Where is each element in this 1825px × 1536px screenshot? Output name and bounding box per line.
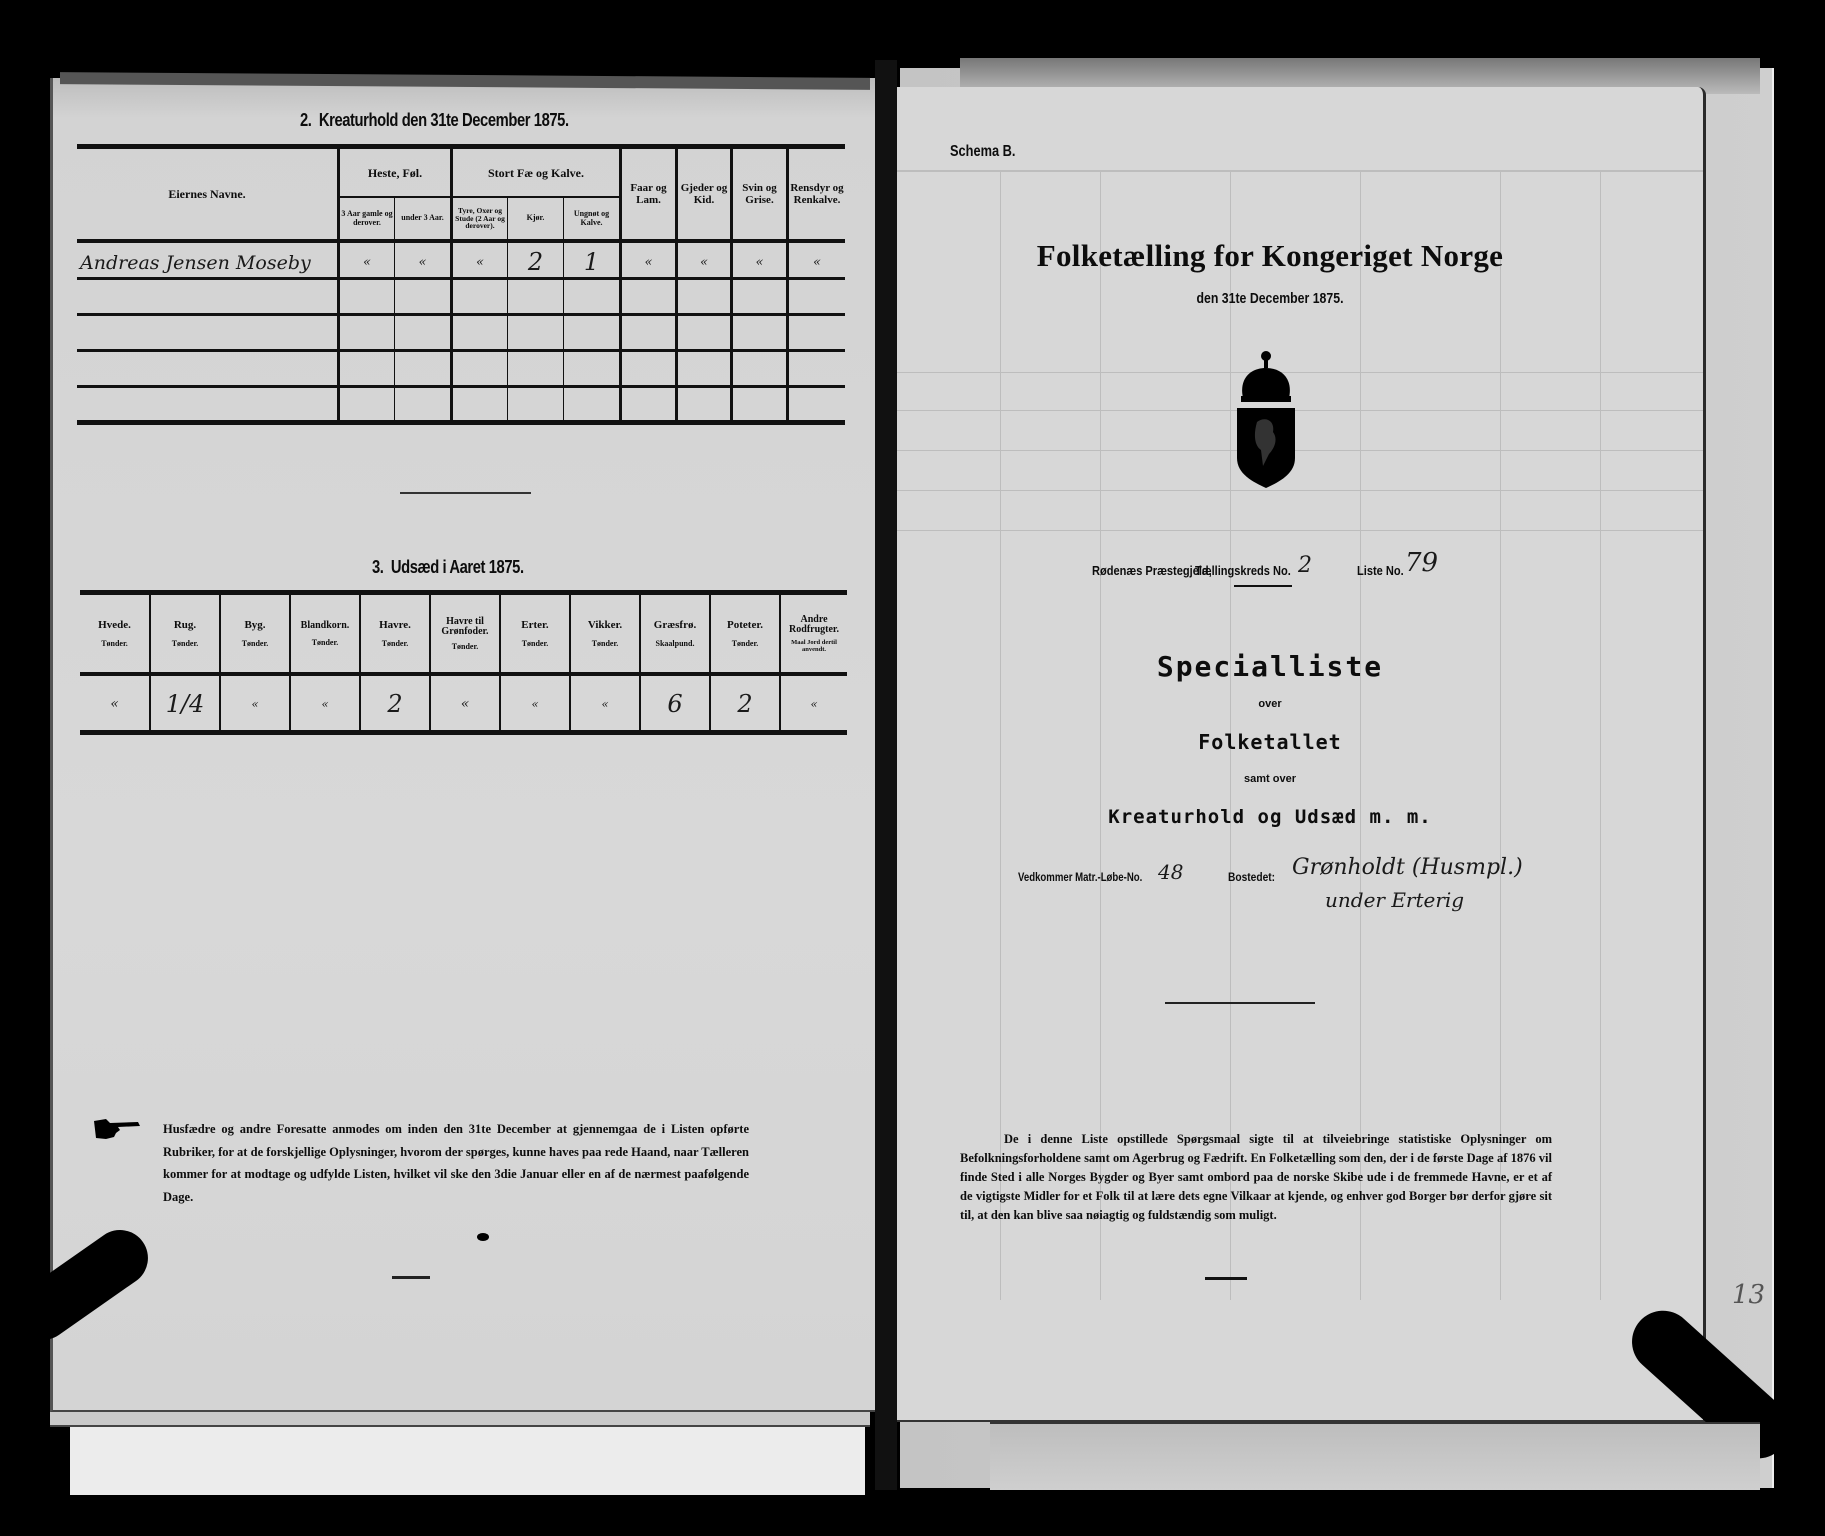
- seed-value-mixed-grain: «: [291, 677, 359, 730]
- livestock-section-title: 2. Kreaturhold den 31te December 1875.: [300, 110, 579, 131]
- seed-col-peas: Erter.Tønder.: [501, 596, 569, 672]
- value-cows: 2: [508, 246, 563, 277]
- matr-label: Vedkommer Matr.-Løbe-No.: [1018, 870, 1142, 884]
- matr-number: 48: [1158, 860, 1183, 884]
- page-number: 13: [1732, 1280, 1765, 1310]
- cattle-group-header: Stort Fæ og Kalve.: [453, 150, 619, 196]
- horses-3yr-header: 3 Aar gamle og derover.: [340, 198, 394, 239]
- owner-names-header: Eiernes Navne.: [77, 149, 337, 239]
- value-goats: «: [678, 248, 730, 277]
- seed-col-green-oats: Havre til Grønfoder.Tønder.: [431, 596, 499, 672]
- goats-header: Gjeder og Kid.: [678, 150, 730, 239]
- right-stacked-sheets: [990, 1422, 1760, 1490]
- pigs-header: Svin og Grise.: [733, 150, 786, 239]
- kreaturhold-heading: Kreaturhold og Udsæd m. m.: [1030, 806, 1510, 828]
- value-sheep: «: [622, 248, 675, 277]
- value-bulls: «: [453, 248, 507, 277]
- bulls-oxen-header: Tyre, Oxer og Stude (2 Aar og derover).: [453, 198, 507, 239]
- seed-value-other-roots: «: [781, 677, 847, 730]
- seed-value-vetch: «: [571, 677, 639, 730]
- bottom-divider-right: [1205, 1277, 1247, 1280]
- mid-divider-right: [1165, 1002, 1315, 1004]
- seed-col-potatoes: Poteter.Tønder.: [711, 596, 779, 672]
- title-divider: [1234, 585, 1292, 587]
- seed-col-rye: Rug.Tønder.: [151, 596, 219, 672]
- circuit-number: 2: [1298, 553, 1312, 578]
- seed-col-wheat: Hvede.Tønder.: [80, 596, 149, 672]
- ink-blot: [477, 1233, 489, 1241]
- horses-group-header: Heste, Føl.: [340, 150, 450, 196]
- seed-col-other-roots: Andre Rodfrugter.Maal Jord dertil anvend…: [781, 596, 847, 672]
- seed-value-peas: «: [501, 677, 569, 730]
- value-young-cattle: 1: [564, 246, 619, 277]
- seed-value-green-oats: «: [431, 677, 499, 730]
- folketallet-heading: Folketallet: [1120, 730, 1420, 754]
- section-divider: [400, 492, 531, 494]
- seed-col-grass-seed: Græsfrø.Skaalpund.: [641, 596, 709, 672]
- seed-value-grass-seed: 6: [641, 677, 709, 730]
- reindeer-header: Rensdyr og Renkalve.: [789, 150, 845, 239]
- bosted-value-line2: under Erterig: [1325, 888, 1464, 912]
- seed-value-barley: «: [221, 677, 289, 730]
- seed-col-oats: Havre.Tønder.: [361, 596, 429, 672]
- seed-col-mixed-grain: Blandkorn.Tønder.: [291, 596, 359, 672]
- purpose-paragraph: De i denne Liste opstillede Spørgsmaal s…: [960, 1130, 1552, 1225]
- circuit-label: Tællingskreds No.: [1195, 563, 1291, 578]
- seed-value-rye: 1/4: [151, 677, 219, 730]
- value-reindeer: «: [789, 248, 845, 277]
- owner-name-cell: Andreas Jensen Moseby: [80, 248, 335, 278]
- bosted-value-line1: Grønholdt (Husmpl.): [1292, 855, 1523, 880]
- seed-section-title: 3. Udsæd i Aaret 1875.: [372, 557, 585, 578]
- bottom-divider-left: [392, 1276, 430, 1279]
- value-pigs: «: [733, 248, 786, 277]
- schema-label: Schema B.: [950, 143, 1015, 161]
- seed-value-oats: 2: [361, 677, 429, 730]
- samt-over-label: samt over: [1170, 773, 1370, 785]
- gutter: [875, 60, 897, 1490]
- norway-coat-of-arms-icon: [1235, 350, 1297, 490]
- specialliste-heading: Specialliste: [1070, 650, 1470, 683]
- horses-under3-header: under 3 Aar.: [395, 198, 450, 239]
- value-horses-3yr: «: [340, 248, 394, 277]
- parish-label: Rødenæs Præstegjeld,: [1092, 563, 1212, 578]
- value-horses-under3: «: [395, 248, 450, 277]
- census-date: den 31te December 1875.: [1147, 290, 1393, 307]
- list-label: Liste No.: [1357, 563, 1404, 578]
- seed-col-vetch: Vikker.Tønder.: [571, 596, 639, 672]
- young-cattle-header: Ungnøt og Kalve.: [564, 198, 619, 239]
- seed-value-potatoes: 2: [711, 677, 779, 730]
- pointing-hand-icon: [92, 1117, 142, 1141]
- cows-header: Kjør.: [508, 198, 563, 239]
- census-title: Folketælling for Kongeriget Norge: [1000, 238, 1540, 274]
- bosted-label: Bostedet:: [1228, 870, 1275, 884]
- notice-text: Husfædre og andre Foresatte anmodes om i…: [163, 1118, 749, 1208]
- list-number: 79: [1405, 548, 1438, 578]
- sheep-header: Faar og Lam.: [622, 150, 675, 239]
- seed-col-barley: Byg.Tønder.: [221, 596, 289, 672]
- over-label: over: [1170, 698, 1370, 710]
- seed-value-wheat: «: [80, 677, 149, 730]
